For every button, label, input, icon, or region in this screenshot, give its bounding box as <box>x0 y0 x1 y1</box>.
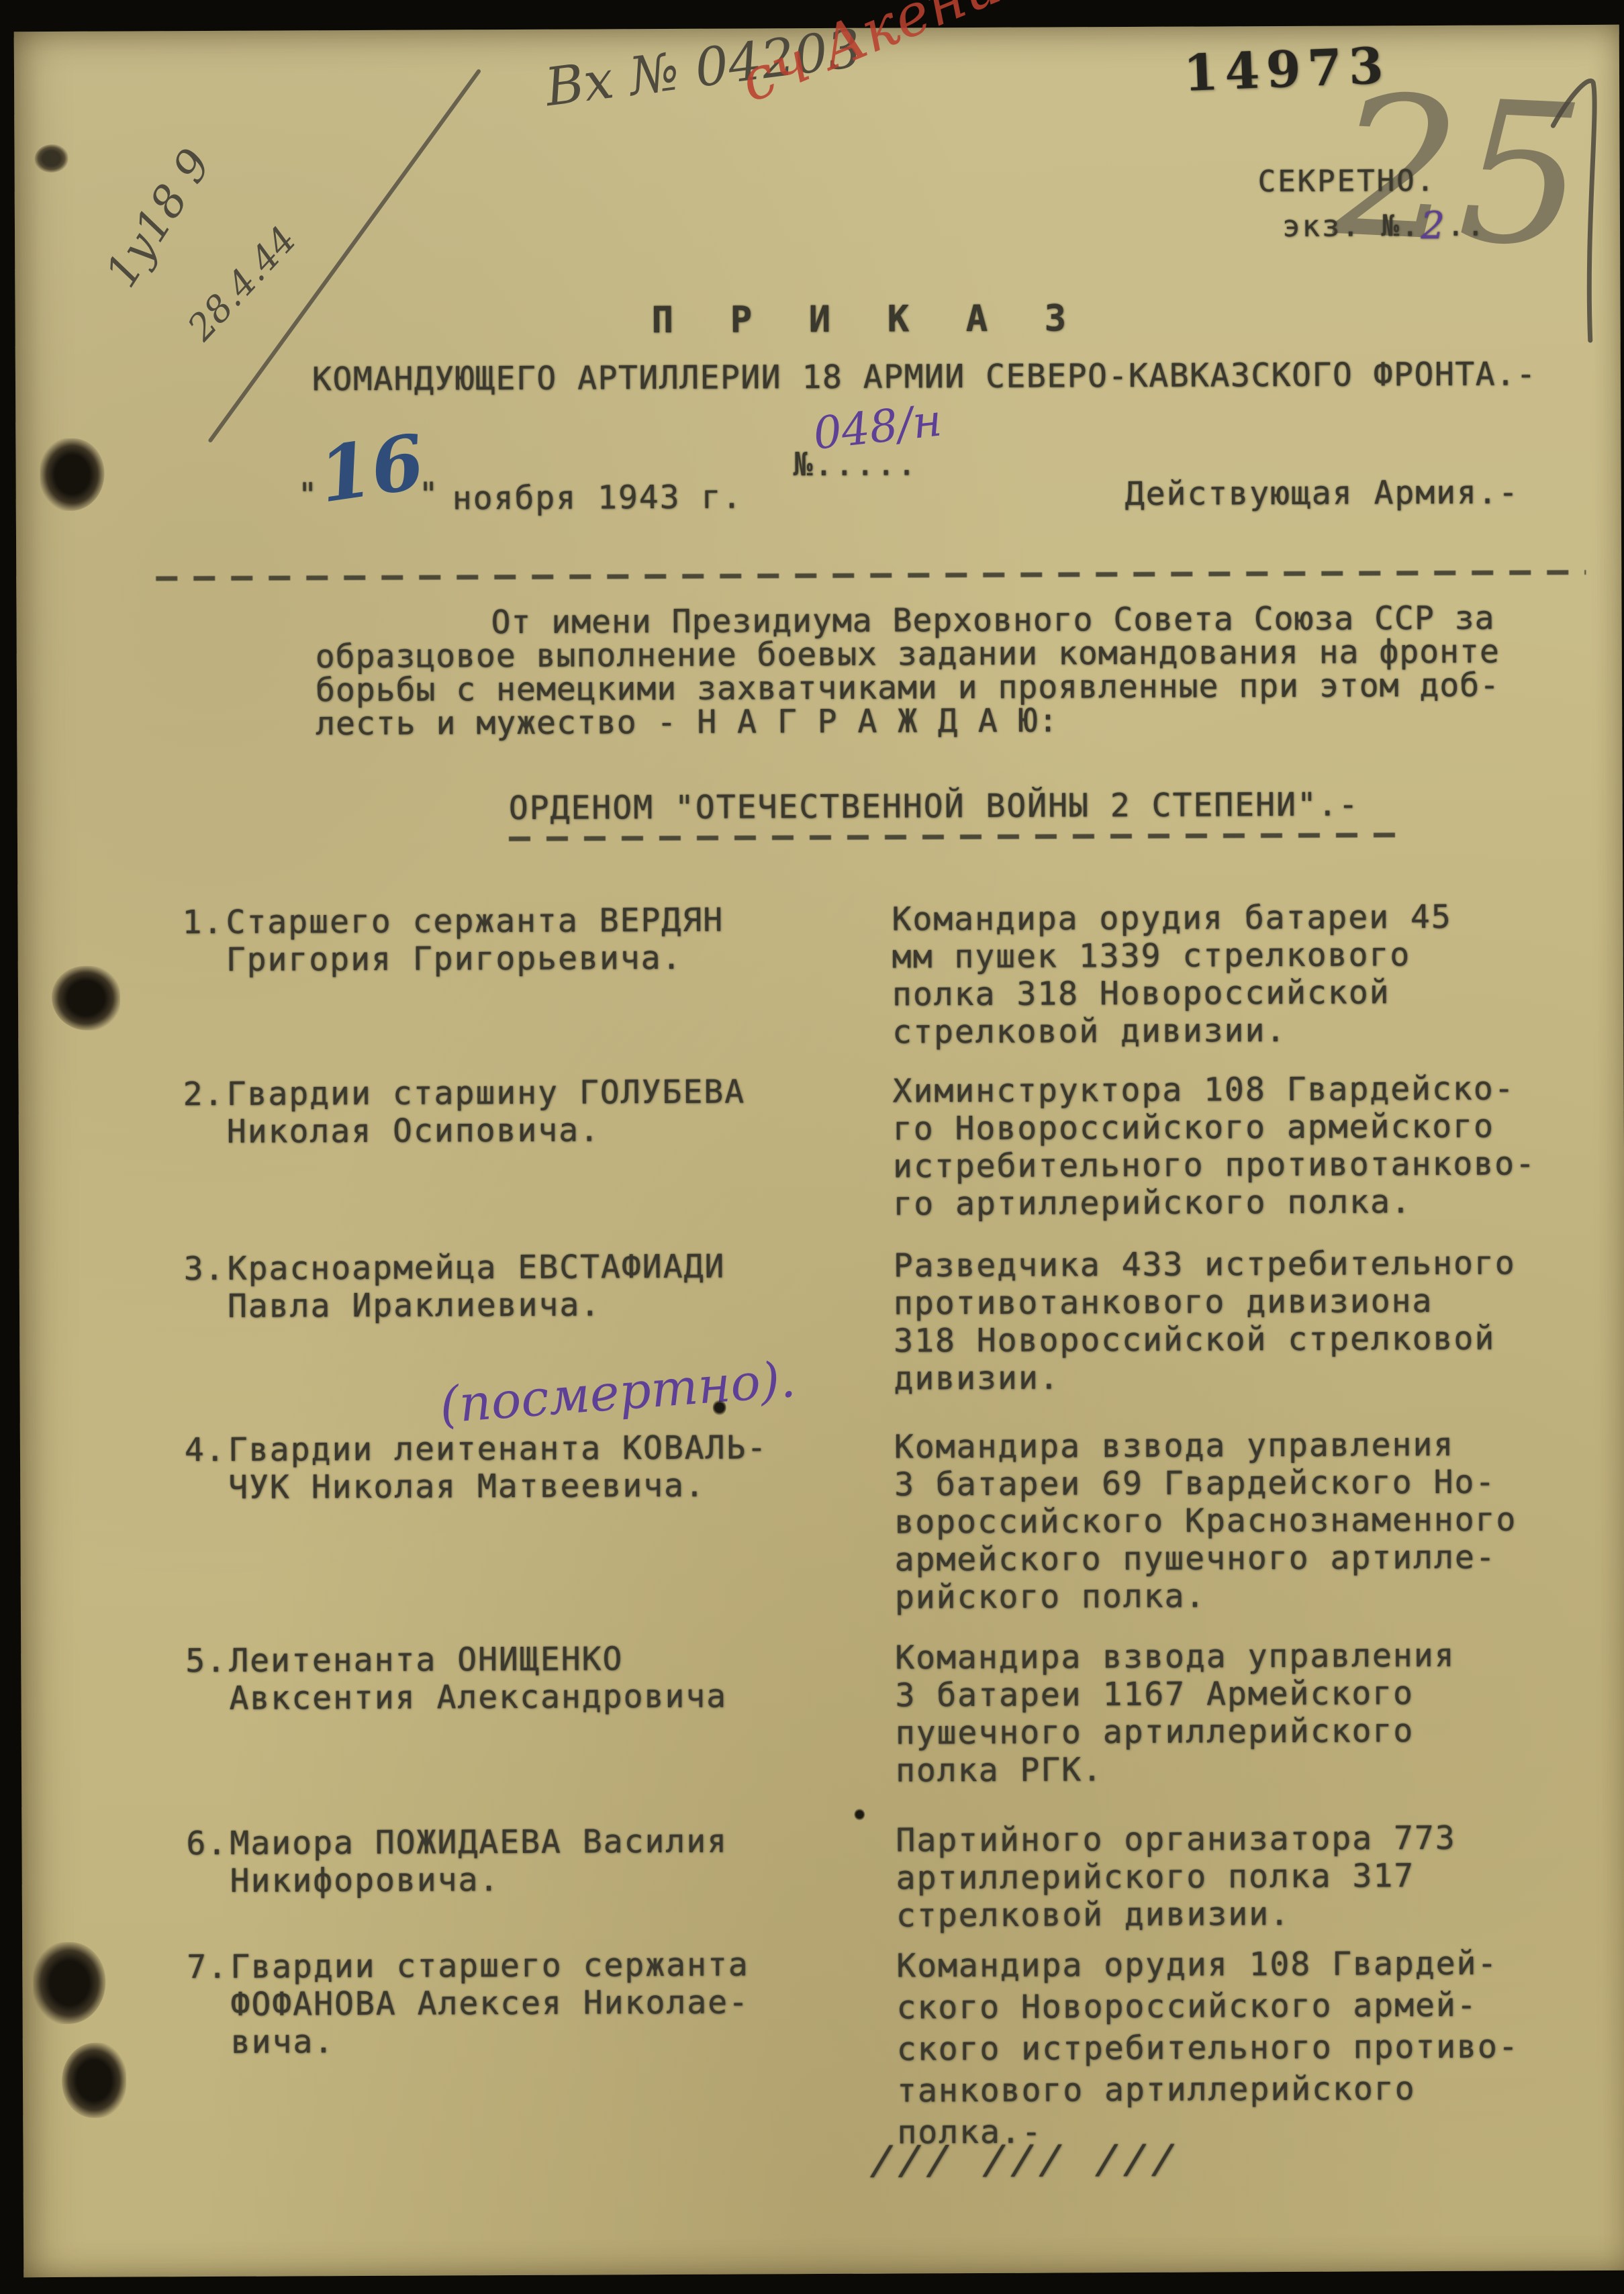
entry-description-line: танкового артиллерийского <box>897 2067 1519 2111</box>
entry-name-line: Старшего сержанта ВЕРДЯН <box>226 902 724 941</box>
entry-name-line: Гвардии старшего сержанта <box>230 1946 749 1985</box>
entry-number: 7. <box>187 1948 228 1986</box>
entry-description-line: стрелковой дивизии. <box>892 1011 1453 1051</box>
entry-description-line: армейского пушечного артилле- <box>895 1538 1517 1578</box>
entry-name-line: Николая Осиповича. <box>227 1110 746 1150</box>
award-heading-underline <box>509 832 1402 841</box>
paper-hole <box>33 1942 106 2024</box>
header-dashed-rule <box>156 570 1586 581</box>
entry-name-line: Гвардии леитенанта КОВАЛЬ- <box>228 1429 768 1469</box>
date-day-handwritten: 16 <box>314 418 430 520</box>
entry-description-line: полка РГК. <box>896 1750 1456 1790</box>
entry-name: Маиора ПОЖИДАЕВА ВасилияНикифоровича. <box>230 1823 728 1900</box>
entry-description-line: ского Новороссийского армей- <box>896 1984 1519 2028</box>
entry-description-line: пушечного артиллерийского <box>896 1712 1456 1752</box>
pencil-corner-note-line2: 28.4.44 <box>179 218 304 348</box>
preamble-paragraph: От имени Президиума Верховного Совета Со… <box>315 602 1500 741</box>
award-entry: 1.Старшего сержанта ВЕРДЯНГригория Григо… <box>182 898 1605 904</box>
entry-description-line: истребительного противотанково- <box>893 1145 1536 1185</box>
entry-description-line: го Новороссийского армейского <box>893 1107 1536 1147</box>
entry-description-line: дивизии. <box>894 1357 1516 1397</box>
entry-description-line: Командира взвода управления <box>895 1637 1455 1677</box>
entry-description: Командира взвода управления3 батареи 69 … <box>894 1425 1517 1616</box>
date-close-quote: " <box>419 475 440 513</box>
acting-army-note: Действующая Армия.- <box>1125 473 1519 513</box>
entry-name-line: Красноармейца ЕВСТАФИАДИ <box>228 1248 726 1288</box>
award-entry: 6.Маиора ПОЖИДАЕВА ВасилияНикифоровича.П… <box>186 1819 1609 1825</box>
secrecy-label: СЕКРЕТНО. <box>1258 164 1437 199</box>
entry-name: Гвардии леитенанта КОВАЛЬ-ЧУК Николая Ма… <box>228 1429 768 1507</box>
entry-description-line: Химинструктора 108 Гвардейско- <box>892 1069 1535 1110</box>
entry-number: 2. <box>183 1076 225 1113</box>
entry-number: 4. <box>185 1431 226 1469</box>
entry-description-line: Партийного организатора 773 <box>896 1819 1456 1860</box>
entry-description: Командира орудия 108 Гвардей-ского Новор… <box>896 1942 1519 2153</box>
award-entry: 4.Гвардии леитенанта КОВАЛЬ-ЧУК Николая … <box>185 1425 1608 1431</box>
award-entry: 7.Гвардии старшего сержантаФОФАНОВА Алек… <box>187 1942 1610 1948</box>
award-heading: ОРДЕНОМ "ОТЕЧЕСТВЕННОЙ ВОЙНЫ 2 СТЕПЕНИ".… <box>509 785 1359 827</box>
entry-description-line: Командира орудия батареи 45 <box>892 898 1452 939</box>
entry-description-line: мм пушек 1339 стрелкового <box>892 936 1453 976</box>
entry-name-line: Григория Григорьевича. <box>226 939 724 979</box>
entry-name: Гвардии старшину ГОЛУБЕВАНиколая Осипови… <box>227 1073 746 1150</box>
entry-description-line: 318 Новороссийской стрелковой <box>894 1319 1516 1359</box>
posthumous-handwritten-note: (посмертно). <box>438 1351 798 1435</box>
date-rest: ноября 1943 г. <box>452 479 743 518</box>
entry-description: Командира орудия батареи 45мм пушек 1339… <box>892 898 1452 1051</box>
award-entry: 2.Гвардии старшину ГОЛУБЕВАНиколая Осипо… <box>183 1069 1607 1076</box>
scan-background: { "document": { "annotations": { "pencil… <box>0 0 1624 2294</box>
entry-name-line: Гвардии старшину ГОЛУБЕВА <box>227 1073 746 1112</box>
paper-hole <box>52 966 120 1031</box>
entry-name-line: Авксентия Александровича <box>229 1678 727 1717</box>
order-number-handwritten: 048/н <box>811 394 945 459</box>
paper-hole <box>34 144 68 173</box>
entry-description-line: вороссийского Краснознаменного <box>894 1500 1517 1541</box>
entry-description-line: противотанкового дивизиона <box>894 1282 1516 1322</box>
document-subtitle: КОМАНДУЮЩЕГО АРТИЛЛЕРИИ 18 АРМИИ СЕВЕРО-… <box>312 355 1537 398</box>
entry-description-line: Разведчика 433 истребительного <box>894 1244 1516 1284</box>
entry-name-line: Маиора ПОЖИДАЕВА Василия <box>230 1823 728 1862</box>
paper-hole <box>62 2043 126 2118</box>
document-page: 1у18 9 28.4.44 Вх № 04203 сч Акении 1497… <box>14 25 1624 2277</box>
ink-speck <box>854 1809 865 1821</box>
copy-number-prefix: экз. №. <box>1282 209 1421 244</box>
entry-description: Химинструктора 108 Гвардейско-го Новорос… <box>892 1069 1536 1223</box>
ink-speck <box>713 1400 726 1416</box>
entry-name: Старшего сержанта ВЕРДЯНГригория Григорь… <box>226 902 724 979</box>
entry-name: Красноармейца ЕВСТАФИАДИПавла Ираклиевич… <box>228 1248 726 1325</box>
entry-description-line: 3 батареи 69 Гвардейского Но- <box>894 1463 1517 1503</box>
entry-description-line: Командира орудия 108 Гвардей- <box>896 1942 1519 1987</box>
document-title: П Р И К А З <box>651 297 1084 341</box>
copy-number-handwritten: 2 <box>1421 204 1447 248</box>
entry-number: 6. <box>186 1825 228 1862</box>
entry-number: 1. <box>182 904 224 941</box>
entry-name-line: Павла Ираклиевича. <box>228 1286 726 1325</box>
entry-name-line: вича. <box>231 2021 750 2060</box>
copy-number-line: экз. №.2.. <box>1282 201 1486 246</box>
entry-name: Леитенанта ОНИЩЕНКОАвксентия Александров… <box>229 1640 727 1717</box>
footer-slash-marks: /// /// /// <box>867 2136 1183 2183</box>
entry-description: Разведчика 433 истребительногопротивотан… <box>894 1244 1517 1397</box>
entry-description-line: го артиллерийского полка. <box>893 1182 1536 1223</box>
entry-name-line: Никифоровича. <box>230 1860 728 1900</box>
entry-name: Гвардии старшего сержантаФОФАНОВА Алексе… <box>230 1946 749 2060</box>
entry-description-line: рийского полка. <box>895 1576 1517 1616</box>
entry-name-line: ФОФАНОВА Алексея Николае- <box>230 1983 749 2023</box>
copy-number-suffix: .. <box>1447 209 1486 243</box>
entry-description-line: Командира взвода управления <box>894 1425 1517 1466</box>
preamble-line: лесть и мужество - Н А Г Р А Ж Д А Ю: <box>316 702 1500 741</box>
entry-description: Партийного организатора 773артиллерийско… <box>896 1819 1456 1935</box>
entry-description: Командира взвода управления3 батареи 116… <box>895 1637 1455 1790</box>
entry-description-line: 3 батареи 1167 Армейского <box>895 1674 1455 1715</box>
entry-name-line: Леитенанта ОНИЩЕНКО <box>229 1640 727 1680</box>
entry-description-line: стрелковой дивизии. <box>896 1895 1457 1935</box>
entry-description-line: артиллерийского полка 317 <box>896 1857 1457 1897</box>
award-entry: 5.Леитенанта ОНИЩЕНКОАвксентия Александр… <box>185 1636 1609 1642</box>
paper-hole <box>40 438 104 511</box>
red-ink-scribble: сч Акении <box>730 0 1044 115</box>
entry-name-line: ЧУК Николая Матвеевича. <box>228 1466 768 1507</box>
entry-description-line: полка 318 Новороссийской <box>892 973 1453 1014</box>
date-open-quote: " <box>298 476 319 514</box>
entry-number: 3. <box>184 1250 226 1288</box>
award-entry: 3.Красноармейца ЕВСТАФИАДИПавла Ираклиев… <box>184 1244 1607 1250</box>
preamble-line: борьбы с немецкими захватчиками и проявл… <box>316 669 1500 708</box>
entry-number: 5. <box>185 1642 227 1680</box>
entry-description-line: ского истребительного противо- <box>897 2025 1519 2070</box>
pencil-corner-note-line1: 1у18 9 <box>95 140 222 296</box>
